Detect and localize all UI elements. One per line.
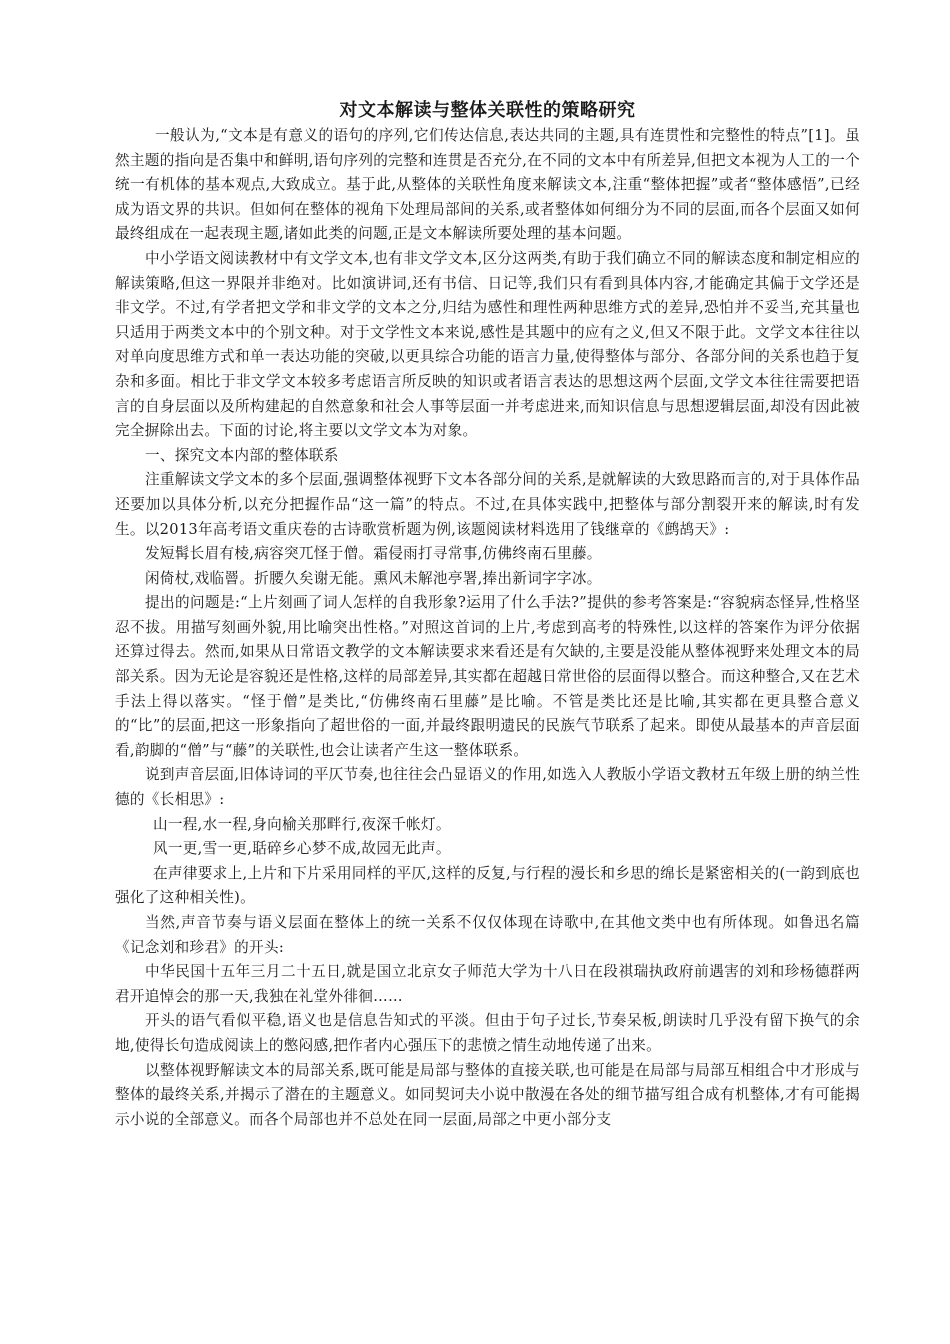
document-page: 对文本解读与整体关联性的策略研究 一般认为,“文本是有意义的语句的序列,它们传达… [115, 99, 860, 1132]
verse-line: 发短髯长眉有棱,病容突兀怪于僧。霜侵雨打寻常事,仿佛终南石里藤。 [115, 542, 860, 567]
verse-line: 闲倚杖,戏临罾。折腰久矣谢无能。熏风未解池亭署,捧出新词字字冰。 [115, 567, 860, 592]
paragraph-text-types: 中小学语文阅读教材中有文学文本,也有非文学文本,区分这两类,有助于我们确立不同的… [115, 247, 860, 444]
verse-line: 山一程,水一程,身向榆关那畔行,夜深千帐灯。 [115, 813, 860, 838]
quote-lu-xun: 中华民国十五年三月二十五日,就是国立北京女子师范大学为十八日在段祺瑞执政府前遇害… [115, 960, 860, 1009]
paragraph-question-analysis: 提出的问题是:“上片刻画了词人怎样的自我形象?运用了什么手法?”提供的参考答案是… [115, 591, 860, 763]
paragraph-local-relations: 以整体视野解读文本的局部关系,既可能是局部与整体的直接关联,也可能是在局部与局部… [115, 1059, 860, 1133]
verse-line: 风一更,雪一更,聒碎乡心梦不成,故园无此声。 [115, 837, 860, 862]
paragraph-layers: 注重解读文学文本的多个层面,强调整体视野下文本各部分间的关系,是就解读的大致思路… [115, 468, 860, 542]
paragraph-prose-rhythm: 当然,声音节奏与语义层面在整体上的统一关系不仅仅体现在诗歌中,在其他文类中也有所… [115, 911, 860, 960]
paragraph-rhythm: 在声律要求上,上片和下片采用同样的平仄,这样的反复,与行程的漫长和乡思的绵长是紧… [115, 862, 860, 911]
document-title: 对文本解读与整体关联性的策略研究 [115, 99, 860, 123]
paragraph-tone: 开头的语气看似平稳,语义也是信息告知式的平淡。但由于句子过长,节奏呆板,朗读时几… [115, 1009, 860, 1058]
section-heading-1: 一、探究文本内部的整体联系 [115, 444, 860, 469]
paragraph-sound-layer: 说到声音层面,旧体诗词的平仄节奏,也往往会凸显语义的作用,如选入人教版小学语文教… [115, 763, 860, 812]
paragraph-intro: 一般认为,“文本是有意义的语句的序列,它们传达信息,表达共同的主题,具有连贯性和… [115, 124, 860, 247]
